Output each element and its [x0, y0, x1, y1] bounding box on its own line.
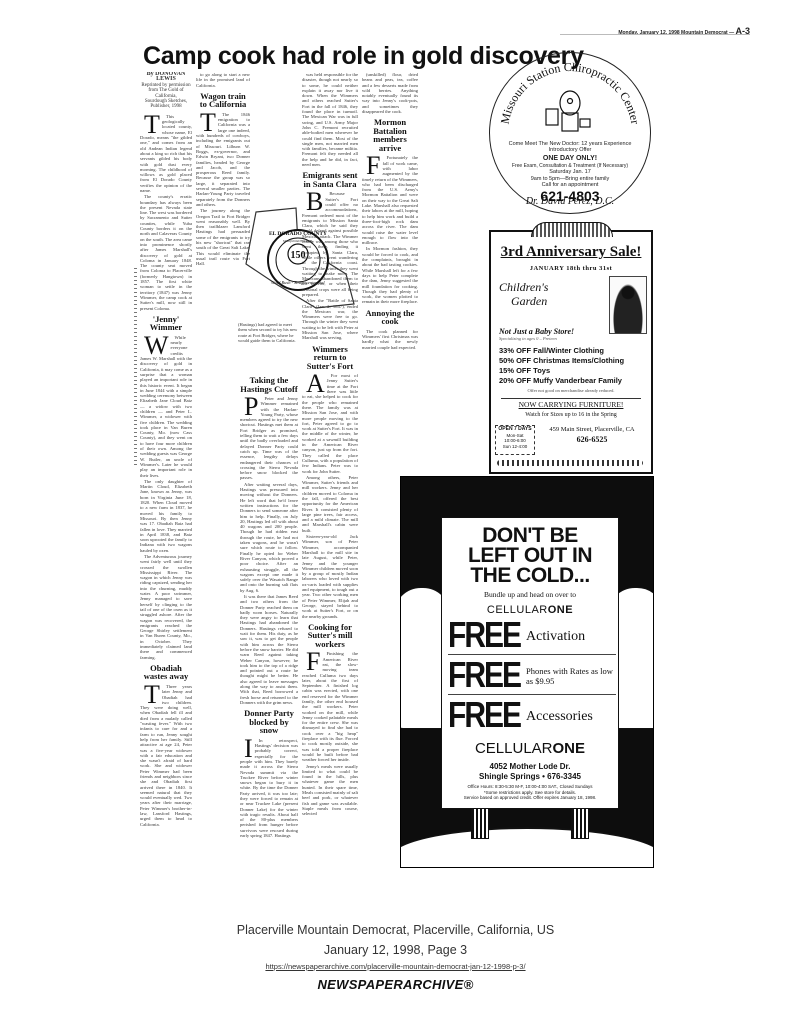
drop-cap: T — [140, 685, 160, 705]
article-paragraph: PPeter and Jenny Wimmer remained with th… — [240, 396, 298, 481]
folio-date: Monday, January 12, 1998 Mountain Democr… — [618, 30, 727, 36]
deal-item: 50% OFF Christmas Items/Clothing — [499, 356, 649, 366]
subhead-emigrants: Emigrants sent in Santa Clara — [302, 171, 358, 188]
garden-watch: Watch for Sizes up to 16 in the Spring — [491, 412, 651, 418]
article-paragraph: Sixteen-year-old Jack Wimmer, son of Pet… — [302, 534, 358, 619]
article-paragraph: Among others, Peter Wimmer, Sutter's fri… — [302, 475, 358, 533]
cellular-headline: DON'T BE LEFT OUT IN THE COLD... — [442, 526, 618, 586]
article-paragraph: BBecause Sutter's Fort could offer no ac… — [302, 191, 358, 297]
garden-furniture: NOW CARRYING FURNITURE! — [501, 398, 641, 409]
ornamental-border — [497, 460, 643, 466]
ad-cellular-one: DON'T BE LEFT OUT IN THE COLD... Bundle … — [400, 476, 654, 868]
sign-post — [571, 807, 589, 839]
garden-logo: Children's Garden — [499, 280, 548, 308]
article-paragraph: In Mormon fashion, they would be forced … — [362, 246, 418, 304]
chiropractic-details: Come Meet The New Doctor: 12 years Exper… — [502, 141, 638, 204]
subhead-obadiah: Obadiah wastes away — [140, 664, 192, 681]
cellular-bundle-line: Bundle up and head on over to — [442, 590, 618, 599]
article-paragraph: AFor most of Jenny Sutter's time at the … — [302, 373, 358, 474]
byline-credit: Publisher, 1998 — [150, 104, 181, 109]
garden-deals-list: 33% OFF Fall/Winter Clothing 50% OFF Chr… — [499, 346, 649, 386]
drop-cap: T — [196, 113, 216, 133]
footer-url-link[interactable]: https://newspaperarchive.com/placerville… — [0, 962, 791, 971]
chiro-one-day-only: ONE DAY ONLY! — [502, 154, 638, 163]
subhead-donner: Donner Party blocked by snow — [240, 709, 298, 735]
article-column-4: (unskilled) flour, dried beans and peas,… — [362, 72, 418, 472]
scan-margin-artifact — [134, 268, 137, 468]
drop-cap: P — [240, 397, 258, 417]
ornamental-crest — [531, 222, 613, 237]
article-paragraph: The cook planned for Wimmers' first Chri… — [362, 329, 418, 350]
garden-sale-dates: JANUARY 18th thru 31st — [491, 265, 651, 272]
ad-missouri-station-chiropractic: Missouri Station Chiropractic Center Com… — [489, 52, 651, 214]
article-paragraph: (unskilled) flour, dried beans and peas,… — [362, 72, 418, 114]
subhead-mormon: Mormon Battalion members arrive — [362, 118, 418, 152]
deal-item: 33% OFF Fall/Winter Clothing — [499, 346, 649, 356]
girl-photo — [609, 276, 647, 334]
offer-activation: FREE Activation — [448, 618, 616, 655]
newspaperarchive-logo: NEWSPAPERARCHIVE® — [0, 977, 791, 992]
byline-credit: from The Gold of California, — [148, 88, 183, 98]
article-paragraph: to go along to start a new life in the p… — [196, 72, 250, 88]
drop-cap: F — [362, 156, 380, 176]
article-paragraph: The county's erratic boundary has always… — [140, 194, 192, 311]
garden-sale-title: 3rd Anniversary Sale! — [491, 244, 651, 261]
article-paragraph: WWhile nearly everyone credits James W. … — [140, 335, 192, 478]
article-column-3: was held responsible for the disaster, t… — [302, 72, 358, 877]
garden-tagline: Not Just a Baby Store! — [499, 327, 574, 336]
drop-cap: B — [302, 192, 323, 212]
drop-cap: W — [140, 336, 169, 356]
drop-cap: I — [240, 739, 253, 759]
garden-tagline-sub: Specializing in ages 0 – Preteen — [499, 336, 557, 341]
article-column-2-bottom: Taking the Hastings Cutoff PPeter and Je… — [240, 372, 298, 877]
article-paragraph: Jenny's meals were usually limited to wh… — [302, 764, 358, 817]
byline-credit: Sourdough Sketches, — [145, 99, 187, 104]
article-paragraph: TThis geologically located county, whose… — [140, 114, 192, 193]
newspaper-page: Monday, January 12, 1998 Mountain Democr… — [0, 0, 791, 1023]
drop-cap: T — [140, 115, 160, 135]
drop-cap: F — [302, 652, 320, 672]
sign-post — [471, 807, 489, 839]
deal-item: 20% OFF Muffy Vanderbear Family — [499, 376, 649, 386]
deal-item: 15% OFF Toys — [499, 366, 649, 376]
article-paragraph: The only daughter of Martin Cloud, Eliza… — [140, 479, 192, 553]
cellular-brand-top: CELLULARONE — [442, 604, 618, 616]
doctor-cartoon-icon — [546, 91, 590, 131]
subhead-annoying: Annoying the cook — [362, 309, 418, 326]
article-column-1: By DONOVAN LEWIS Reprinted by permission… — [140, 72, 192, 877]
garden-hours-box: OPEN 7 DAYS Mon-Sat 10:00-6:00 Sun 12-4:… — [495, 425, 535, 455]
ad-childrens-garden: 3rd Anniversary Sale! JANUARY 18th thru … — [489, 230, 653, 474]
garden-phone: 626-6525 — [577, 435, 608, 444]
footer-date-page: January 12, 1998, Page 3 — [0, 942, 791, 958]
article-paragraph: The Adventurous journey went fairly well… — [140, 554, 192, 660]
cellular-sign: DON'T BE LEFT OUT IN THE COLD... Bundle … — [441, 517, 619, 809]
drop-cap: A — [302, 374, 325, 394]
article-paragraph: TThe 1846 emigration to California was a… — [196, 112, 250, 207]
garden-fine-print: Offer not good on merchandise already re… — [491, 388, 651, 393]
article-paragraph: IIn retrospect, Hastings' decision was p… — [240, 738, 298, 839]
article-paragraph: FFortunately the fall of work came, with… — [362, 155, 418, 245]
article-paragraph: FFinishing the American River eat, the s… — [302, 651, 358, 762]
subhead-wimmers-return: Wimmers return to Sutter's Fort — [302, 345, 358, 371]
byline: By DONOVAN LEWIS Reprinted by permission… — [140, 72, 192, 110]
byline-credit: Reprinted by permission — [141, 83, 190, 88]
cellular-hours: Office Hours: 8:30-5:30 M-F, 10:00-4:00 … — [442, 784, 618, 801]
snowy-ground — [400, 827, 654, 868]
article-paragraph: TThree years later Jenny and Obadiah had… — [140, 684, 192, 827]
offer-accessories: FREE Accessories — [448, 698, 616, 734]
cellular-brand-bottom: CELLULARONE — [442, 740, 618, 757]
subhead-hastings: Taking the Hastings Cutoff — [240, 376, 298, 393]
subhead-cooking: Cooking for Sutter's mill workers — [302, 623, 358, 649]
archive-footer: Placerville Mountain Democrat, Placervil… — [0, 922, 791, 992]
article-paragraph: It was there that James Reed and two oth… — [240, 594, 298, 705]
chiro-doctor-name: Dr. David Perez, D.C. — [490, 196, 650, 207]
badge-caption: (Hastings) had agreed to meet them when … — [238, 322, 298, 343]
byline-author: By DONOVAN LEWIS — [147, 72, 186, 82]
subhead-jenny: 'Jenny' Wimmer — [140, 315, 192, 332]
article-paragraph: After the "Battle of Santa Clara" (Jan. … — [302, 298, 358, 340]
article-paragraph: After waiting several days, Hastings was… — [240, 482, 298, 593]
garden-address: 459 Main Street, Placerville, CA 626-652… — [537, 425, 647, 446]
folio-rule — [560, 34, 750, 35]
offer-phones: FREE Phones with Rates as low as $9.95 — [448, 658, 616, 695]
footer-source: Placerville Mountain Democrat, Placervil… — [0, 922, 791, 938]
article-paragraph: was held responsible for the disaster, t… — [302, 72, 358, 167]
cellular-address: 4052 Mother Lode Dr. Shingle Springs • 6… — [442, 762, 618, 782]
subhead-wagon: Wagon train to California — [196, 92, 250, 109]
